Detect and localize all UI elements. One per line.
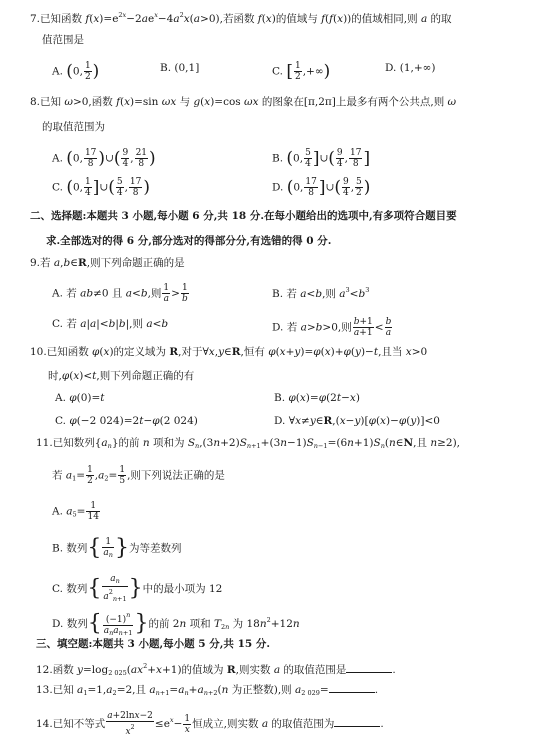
question-number: 7. (30, 13, 40, 25)
question-13-stem: 13.已知 a1=1,a2=2,且 an+1=an+an+2(n 为正整数),则… (36, 683, 378, 700)
question-number: 11. (36, 437, 53, 449)
section-2-header-cont: 求.全部选对的得 6 分,部分选对的得部分分,有选错的得 0 分. (46, 234, 331, 248)
question-14-stem: 14.已知不等式a+2lnx−2x2≤ex−1x恒成立,则实数 a 的取值范围为… (36, 711, 384, 737)
answer-blank[interactable] (346, 663, 392, 673)
question-10-stem: 10.已知函数 φ(x)的定义域为 R,对于∀x,y∈R,恒有 φ(x+y)=φ… (30, 345, 427, 359)
question-11-option-d[interactable]: D. 数列{(−1)nanan+1}的前 2n 项和 T2n 为 18n2+12… (52, 610, 300, 638)
question-8-stem-cont: 的取值范围为 (42, 120, 105, 134)
question-7-option-a[interactable]: A. (0,12) (52, 61, 99, 82)
question-number: 12. (36, 664, 53, 676)
question-8-option-d[interactable]: D. (0,178]∪(94,52) (272, 177, 370, 198)
question-number: 10. (30, 346, 47, 358)
question-7-stem-cont: 值范围是 (42, 33, 84, 47)
question-11-stem-cont: 若 a1=12,a2=15,则下列说法正确的是 (52, 465, 225, 486)
question-number: 14. (36, 718, 53, 730)
question-11-option-c[interactable]: C. 数列{ana2n+1}中的最小项为 12 (52, 574, 222, 604)
answer-blank[interactable] (329, 683, 375, 693)
question-10-option-d[interactable]: D. ∀x≠y∈R,(x−y)[φ(x)−φ(y)]<0 (274, 414, 440, 428)
section-3-header: 三、填空题:本题共 3 小题,每小题 5 分,共 15 分. (36, 637, 270, 651)
exam-page: 7.已知函数 f(x)=e2x−2aex−4a2x(a>0),若函数 f(x)的… (0, 0, 548, 737)
question-number: 8. (30, 96, 40, 108)
question-9-stem: 9.若 a,b∈R,则下列命题正确的是 (30, 256, 185, 270)
question-10-option-a[interactable]: A. φ(0)=t (55, 391, 105, 405)
question-7-option-d[interactable]: D. (1,+∞) (385, 61, 435, 75)
question-number: 9. (30, 257, 40, 269)
question-7-stem: 7.已知函数 f(x)=e2x−2aex−4a2x(a>0),若函数 f(x)的… (30, 8, 452, 26)
question-9-option-d[interactable]: D. 若 a>b>0,则b+1a+1<ba (272, 317, 393, 338)
question-9-option-b[interactable]: B. 若 a<b,则 a3<b3 (272, 283, 369, 301)
question-7-option-c[interactable]: C. [12,+∞) (272, 61, 330, 82)
question-10-option-b[interactable]: B. φ(x)=φ(2t−x) (274, 391, 360, 405)
question-number: 13. (36, 684, 53, 696)
question-10-stem-cont: 时,φ(x)<t,则下列命题正确的有 (48, 369, 194, 383)
question-12-stem: 12.函数 y=log2 025(ax2+x+1)的值域为 R,则实数 a 的取… (36, 659, 396, 680)
question-8-option-c[interactable]: C. (0,14]∪(54,178) (52, 177, 150, 198)
question-11-stem: 11.已知数列{an}的前 n 项和为 Sn,(3n+2)Sn+1+(3n−1)… (36, 436, 460, 453)
question-9-option-a[interactable]: A. 若 ab≠0 且 a<b,则1a>1b (52, 283, 190, 304)
question-7-option-b[interactable]: B. (0,1] (160, 61, 199, 75)
answer-blank[interactable] (334, 717, 380, 727)
question-9-option-c[interactable]: C. 若 a|a|<b|b|,则 a<b (52, 317, 168, 331)
question-11-option-b[interactable]: B. 数列{1an}为等差数列 (52, 537, 181, 560)
question-8-stem: 8.已知 ω>0,函数 f(x)=sin ωx 与 g(x)=cos ωx 的图… (30, 95, 456, 109)
question-11-option-a[interactable]: A. a5=114 (52, 501, 101, 522)
question-8-option-a[interactable]: A. (0,178)∪(94,218) (52, 148, 156, 169)
question-10-option-c[interactable]: C. φ(−2 024)=2t−φ(2 024) (55, 414, 198, 428)
section-2-header: 二、选择题:本题共 3 小题,每小题 6 分,共 18 分.在每小题给出的选项中… (30, 209, 457, 223)
question-8-option-b[interactable]: B. (0,54]∪(94,178] (272, 148, 370, 169)
